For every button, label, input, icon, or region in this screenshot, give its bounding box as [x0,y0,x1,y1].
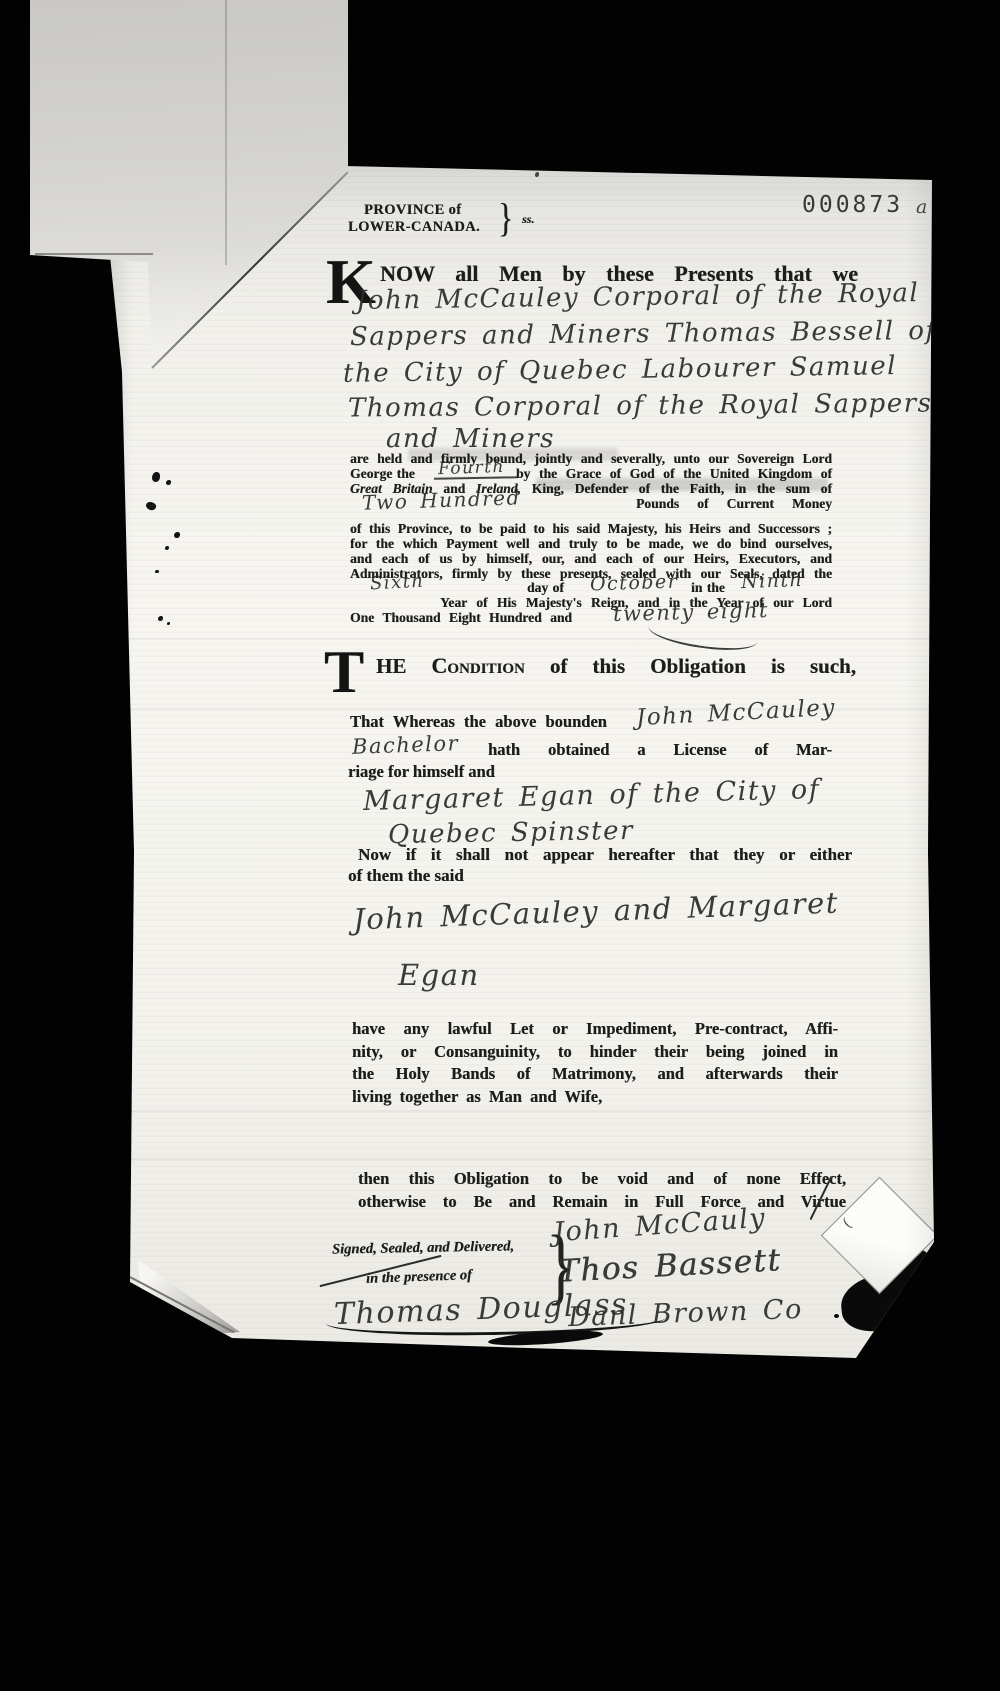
ink-blot-upper [885,1243,941,1299]
ink-blot-main [838,1270,929,1335]
script-couple-line1: John McCauley and Margaret [353,886,840,937]
script-bond-month: October [590,570,679,595]
condition-heading-line: HE Condition of this Obligation is such, [376,653,856,679]
bond-line-9b: in the [691,580,725,595]
attestation-brace: } [546,1222,575,1308]
bond-line-1: are held and firmly bound, jointly and s… [350,451,832,466]
script-groom-status: Bachelor [352,731,460,759]
condition-heading-a: HE [376,654,406,678]
pen-flourish [320,1255,442,1287]
serial-stamp-annotation: a [916,196,929,218]
opening-line: NOW all Men by these Presents that we [380,261,858,287]
bond-line-3-italic-b: Ireland, [476,481,521,496]
pen-stroke [810,1176,833,1220]
ink-speck [158,616,163,621]
license-line: hath obtained a License of Mar- [488,739,832,760]
ink-blot-satellite [853,1290,857,1293]
ink-speck [167,622,170,625]
bond-line-4: Pounds of Current Money [636,496,832,511]
scan-streak [108,708,938,710]
bond-line-8: Administrators, firmly by these presents… [350,566,832,581]
page-edge-streak [35,253,153,255]
page-fold-line [225,0,227,265]
marriage-line: riage for himself and [348,761,495,782]
province-line1: PROVINCE of [348,202,480,219]
bond-line-3: Great Britain and Ireland, King, Defende… [350,481,832,496]
presence-label: in the presence of [366,1267,472,1288]
condition-heading-b: of this Obligation is such, [550,654,856,678]
script-principals-line4: Thomas Corporal of the Royal Sappers [348,388,933,423]
dog-ear-fold [128,1260,240,1344]
bond-line-2b: by the Grace of God of the United Kingdo… [516,466,832,481]
bond-line-3-plain-a: and [443,481,465,496]
scan-streak [108,1110,938,1112]
ink-speck [145,500,158,512]
bond-line-6: for the which Payment well and truly to … [350,536,832,551]
impediment-line3: the Holy Bands of Matrimony, and afterwa… [352,1063,838,1084]
scan-streak [108,1158,938,1160]
script-bond-sum: Two Hundred [362,485,522,515]
bond-line-3-italic-a: Great Britain [350,481,433,496]
ink-speck [174,532,180,538]
nowif-line2: of them the said [348,866,464,886]
nowif-line1: Now if it shall not appear hereafter tha… [358,844,852,865]
dog-ear-crease-line [130,1276,235,1333]
jurat-ss: ss. [522,212,534,227]
ink-blot-satellite [928,1302,932,1306]
ink-speck [535,172,539,177]
signature-swoosh [326,1303,666,1338]
province-line2: LOWER-CANADA. [348,219,480,236]
bond-line-2a: George the [350,466,415,481]
bond-line-5: of this Province, to be paid to his said… [350,521,832,536]
script-bond-day: Sixth [369,571,425,595]
script-flourish [647,612,760,655]
bond-line-11: One Thousand Eight Hundred and [350,610,572,625]
condition-dropcap: T [324,646,364,698]
script-bride-line1: Margaret Egan of the City of [363,774,821,817]
scan-streak [108,638,938,640]
ink-speck [165,546,169,550]
scan-smear [536,478,828,491]
script-principals-line2: Sappers and Miners Thomas Bessell of [350,316,937,352]
script-bond-regnal-year: Ninth [741,569,804,593]
bond-line-3-plain-b: King, Defender of the Faith, in the sum … [532,481,832,496]
bond-line-9a: day of [527,580,564,595]
impediment-line1: have any lawful Let or Impediment, Pre-c… [352,1018,838,1039]
script-principals-line1: John McCauley Corporal of the Royal [356,278,920,316]
ink-speck [155,570,159,573]
bond-line-10: Year of His Majesty's Reign, and in the … [440,595,832,610]
script-underline [434,476,518,479]
condition-heading-smallcaps: Condition [431,653,524,678]
ink-speck [152,472,160,482]
ink-speck [166,480,171,485]
script-couple-line2: Egan [398,958,480,992]
microfilm-scan-background: PROVINCE of LOWER-CANADA. } ss. 000873 a… [0,0,1000,1691]
signature-groom: John McCauly [552,1203,767,1249]
province-label: PROVINCE of LOWER-CANADA. [348,202,480,236]
void-line1: then this Obligation to be void and of n… [358,1168,846,1189]
impediment-line4: living together as Man and Wife, [352,1086,602,1107]
script-groom-name: John McCauley [635,695,836,731]
void-line2: otherwise to Be and Remain in Full Force… [358,1191,846,1212]
script-principals-line3: the City of Quebec Labourer Samuel [343,351,897,389]
script-bride-line2: Quebec Spinster [388,816,634,850]
signature-witness-2: Danl Brown Co [568,1294,804,1333]
bond-line-7: and each of us by himself, our, and each… [350,551,832,566]
impediment-line2: nity, or Consanguinity, to hinder their … [352,1041,838,1062]
seal-wafer [821,1177,938,1294]
script-principals-line5: and Miners [386,424,555,454]
jurat-brace: } [498,194,513,241]
serial-stamp: 000873 [802,192,903,218]
opening-dropcap: K [326,254,376,310]
ink-blot-swoosh [488,1328,604,1348]
ink-blot-satellite [834,1314,839,1318]
seal-mark: ( [839,1214,855,1232]
script-bond-year: twenty eight [613,598,769,626]
bond-document-sheet: PROVINCE of LOWER-CANADA. } ss. 000873 a… [108,152,938,1362]
signature-witness-1: Thomas Douglass [333,1287,628,1332]
script-king-ordinal: Fourth [438,457,506,479]
signature-surety: Thos Bassett [557,1242,782,1290]
whereas-line-printed: That Whereas the above bounden [350,711,607,732]
signed-sealed-label: Signed, Sealed, and Delivered, [332,1238,514,1258]
scan-smear [408,448,618,461]
